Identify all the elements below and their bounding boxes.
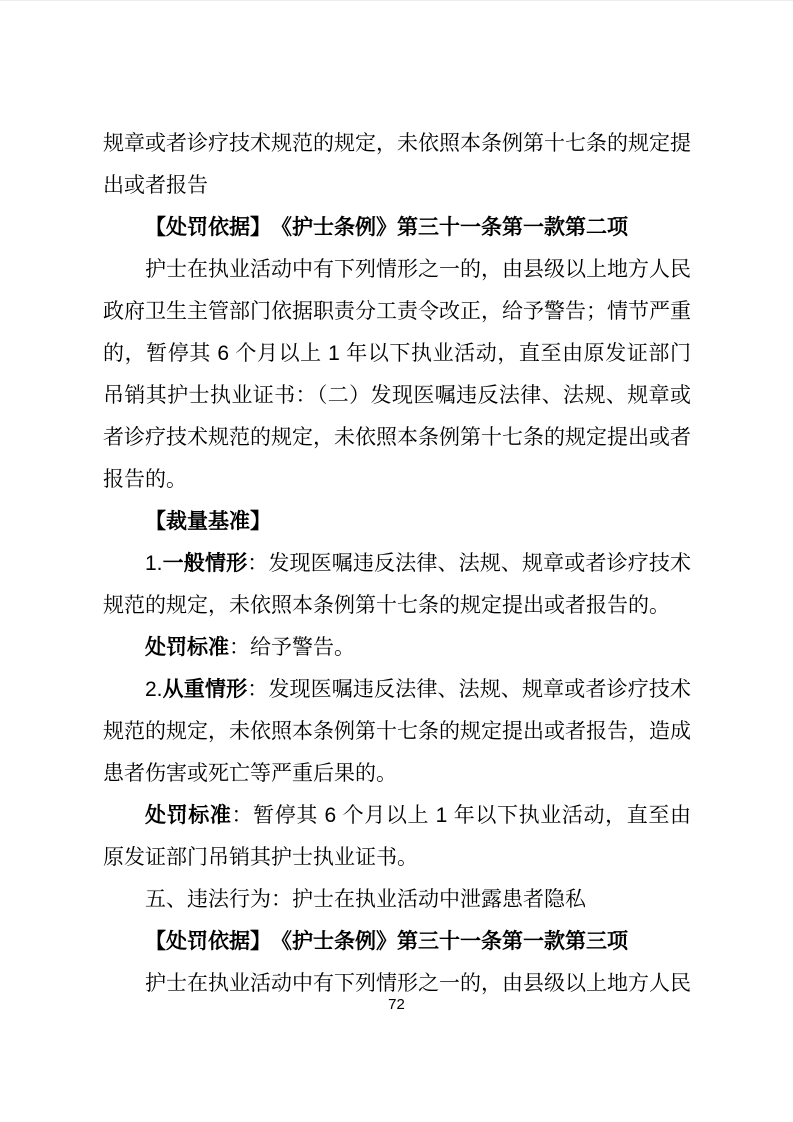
- text-segment-bold: 处罚标准: [145, 804, 232, 827]
- para-violation-item-5: 五、违法行为：护士在执业活动中泄露患者隐私: [103, 879, 691, 921]
- para-continuation: 规章或者诊疗技术规范的规定，未依照本条例第十七条的规定提出或者报告: [103, 123, 691, 207]
- heading-penalty-basis-1: 【处罚依据】 《护士条例》第三十一条第一款第二项: [103, 207, 691, 249]
- text-segment-bold: 从重情形: [163, 678, 248, 701]
- heading-penalty-basis-2: 【处罚依据】 《护士条例》第三十一条第一款第三项: [103, 921, 691, 963]
- document-page: 规章或者诊疗技术规范的规定，未依照本条例第十七条的规定提出或者报告 【处罚依据】…: [0, 0, 793, 1122]
- para-aggravated-circumstance: 2.从重情形：发现医嘱违反法律、法规、规章或者诊疗技术规范的规定，未依照本条例第…: [103, 669, 691, 795]
- para-general-circumstance: 1.一般情形：发现医嘱违反法律、法规、规章或者诊疗技术规范的规定，未依照本条例第…: [103, 543, 691, 627]
- text-segment: 2.: [145, 678, 163, 701]
- text-segment: 规章或者诊疗技术规范的规定，未依照本条例第十七条的规定提出或者报告: [103, 132, 691, 197]
- text-segment: 【处罚依据】 《护士条例》第三十一条第一款第二项: [145, 216, 628, 239]
- para-penalty-standard-2: 处罚标准：暂停其 6 个月以上 1 年以下执业活动，直至由原发证部门吊销其护士执…: [103, 795, 691, 879]
- para-penalty-standard-1: 处罚标准：给予警告。: [103, 627, 691, 669]
- text-segment: 1.: [145, 552, 163, 575]
- text-segment: ：给予警告。: [229, 636, 355, 659]
- heading-discretion-benchmark: 【裁量基准】: [103, 501, 691, 543]
- document-body: 规章或者诊疗技术规范的规定，未依照本条例第十七条的规定提出或者报告 【处罚依据】…: [103, 123, 691, 1005]
- text-segment-bold: 一般情形: [163, 552, 248, 575]
- page-number: 72: [0, 996, 793, 1014]
- text-segment: 护士在执业活动中有下列情形之一的，由县级以上地方人民政府卫生主管部门依据职责分工…: [103, 258, 691, 491]
- text-segment-bold: 处罚标准: [145, 636, 229, 659]
- para-regulation-clause-2: 护士在执业活动中有下列情形之一的，由县级以上地方人民政府卫生主管部门依据职责分工…: [103, 249, 691, 501]
- text-segment: 【裁量基准】: [145, 510, 271, 533]
- text-segment: 【处罚依据】 《护士条例》第三十一条第一款第三项: [145, 930, 628, 953]
- text-segment: 五、违法行为：护士在执业活动中泄露患者隐私: [145, 888, 586, 911]
- text-segment: 护士在执业活动中有下列情形之一的，由县级以上地方人民: [145, 972, 691, 995]
